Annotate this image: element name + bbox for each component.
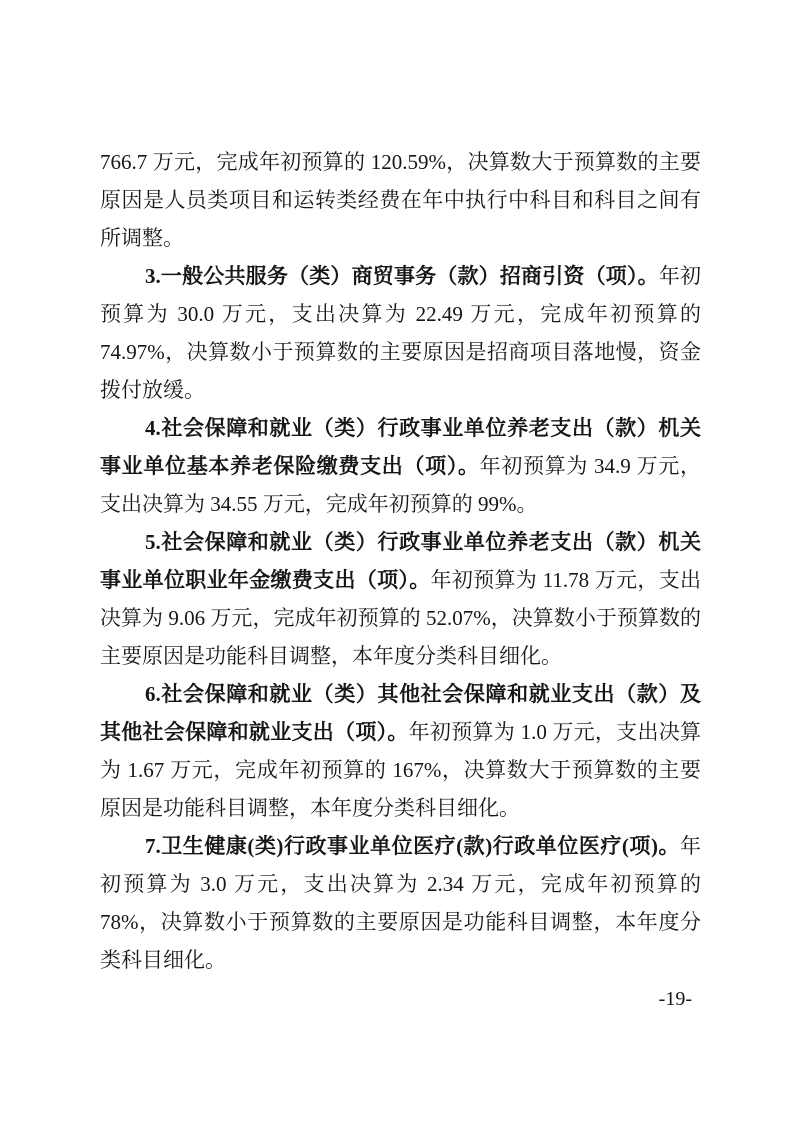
paragraph-item-4: 4.社会保障和就业（类）行政事业单位养老支出（款）机关事业单位基本养老保险缴费支… — [100, 409, 701, 523]
paragraph-item-3: 3.一般公共服务（类）商贸事务（款）招商引资（项）。年初预算为 30.0 万元，… — [100, 257, 701, 409]
document-page: 766.7 万元，完成年初预算的 120.59%，决算数大于预算数的主要原因是人… — [0, 0, 793, 1122]
paragraph-continuation: 766.7 万元，完成年初预算的 120.59%，决算数大于预算数的主要原因是人… — [100, 143, 701, 257]
paragraph-text: 766.7 万元，完成年初预算的 120.59%，决算数大于预算数的主要原因是人… — [100, 150, 701, 250]
page-number: -19- — [659, 986, 692, 1012]
document-body-text: 766.7 万元，完成年初预算的 120.59%，决算数大于预算数的主要原因是人… — [100, 143, 701, 979]
paragraph-bold-lead: 7.卫生健康(类)行政事业单位医疗(款)行政单位医疗(项)。 — [145, 834, 680, 858]
paragraph-item-5: 5.社会保障和就业（类）行政事业单位养老支出（款）机关事业单位职业年金缴费支出（… — [100, 523, 701, 675]
paragraph-item-7: 7.卫生健康(类)行政事业单位医疗(款)行政单位医疗(项)。年初预算为 3.0 … — [100, 827, 701, 979]
paragraph-item-6: 6.社会保障和就业（类）其他社会保障和就业支出（款）及其他社会保障和就业支出（项… — [100, 675, 701, 827]
paragraph-bold-lead: 3.一般公共服务（类）商贸事务（款）招商引资（项）。 — [145, 264, 659, 288]
